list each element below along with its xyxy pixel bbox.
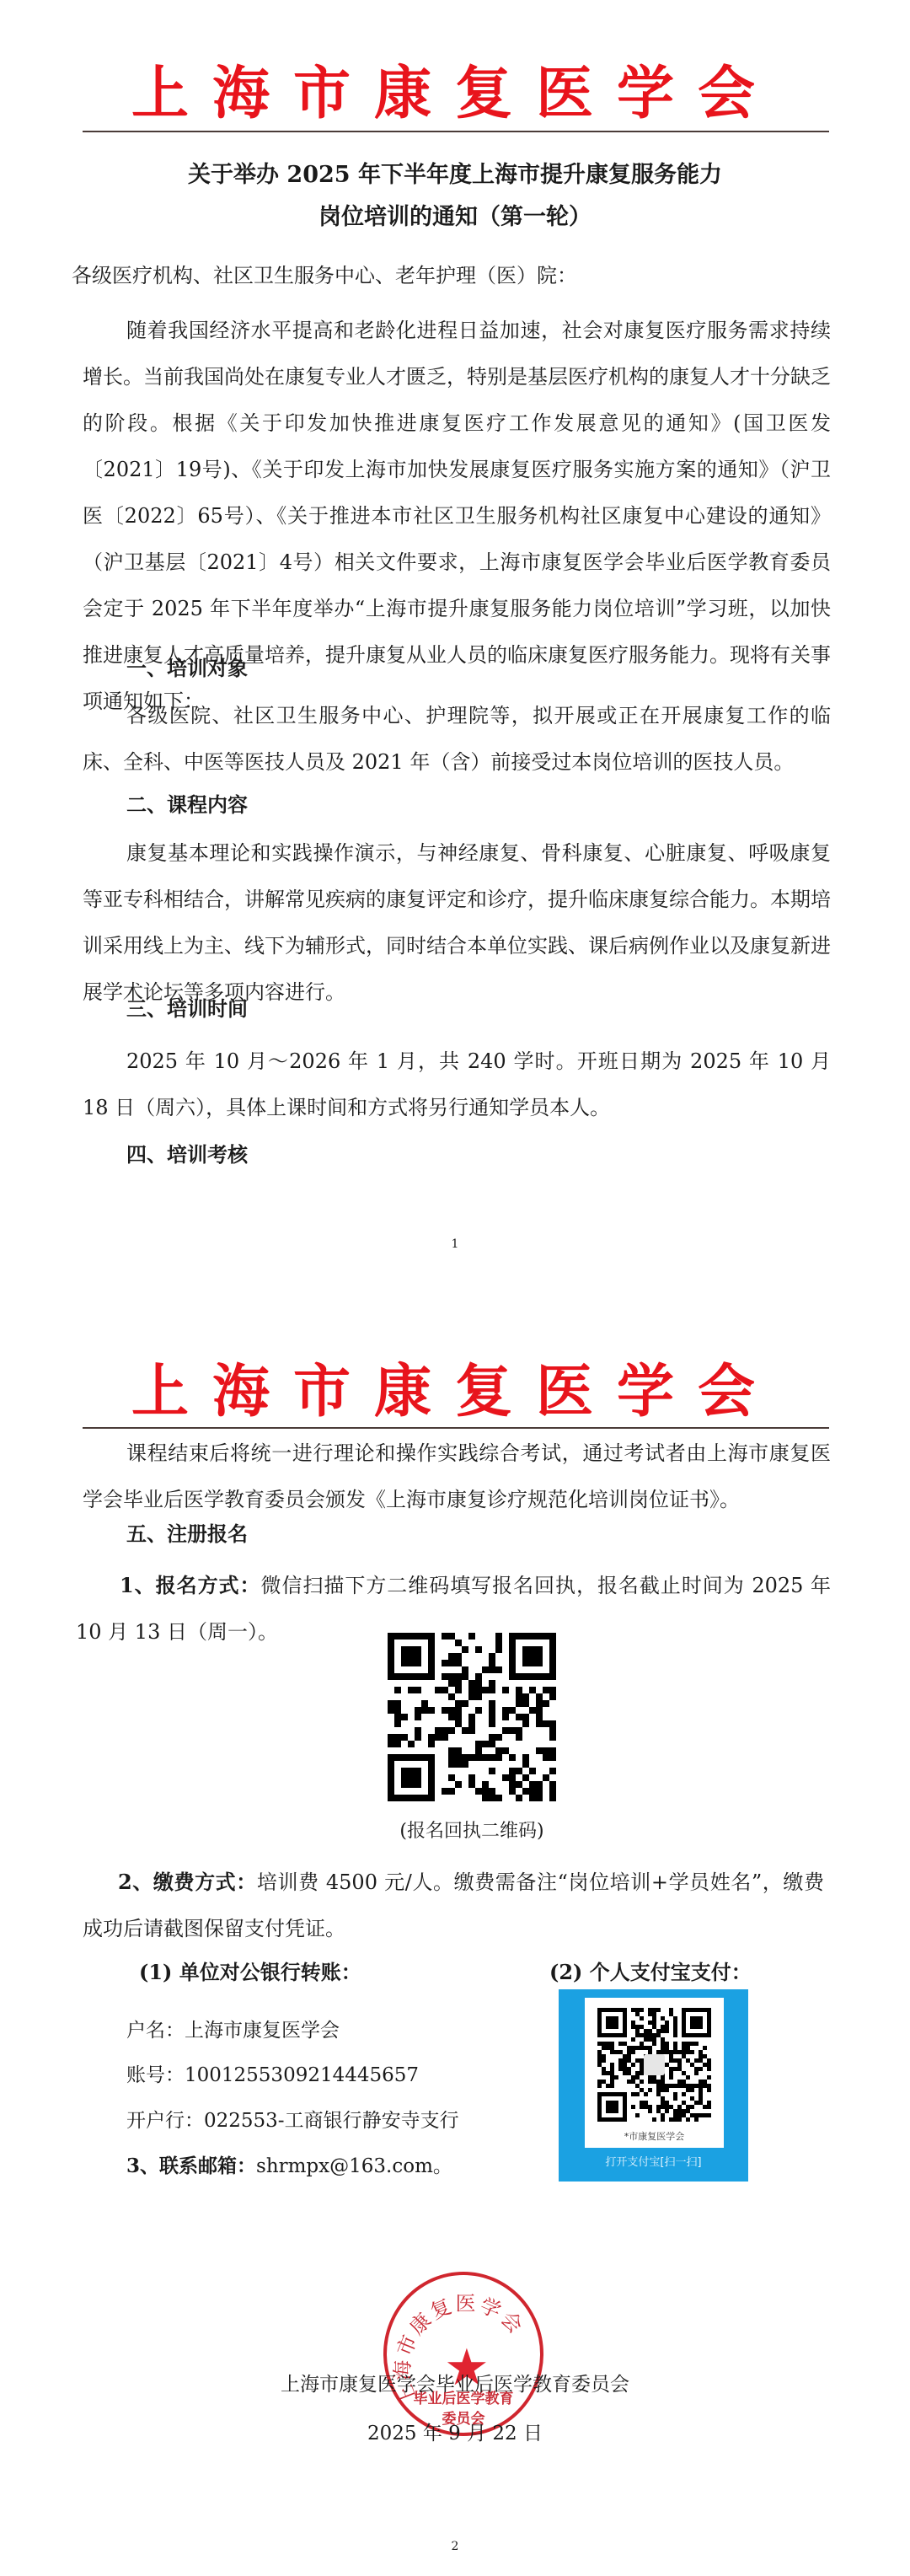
account-number-label: 账号： [126,2064,185,2086]
alipay-avatar-icon [644,2054,665,2075]
bank-account-name: 户名：上海市康复医学会 [126,2015,340,2042]
bank-branch-label: 开户行： [126,2110,204,2132]
alipay-payee-name: *市康复医学会 [585,2129,724,2143]
signature-date: 2025 年 9 月 22 日 [0,2418,910,2445]
alipay-qr-panel: *市康复医学会 [585,1998,724,2148]
qr-caption: (报名回执二维码) [337,1817,607,1843]
section-heading-content: 二、课程内容 [126,788,248,822]
contact-email-label: 3、联系邮箱： [126,2155,256,2177]
account-name-value: 上海市康复医学会 [185,2020,340,2042]
section-body-time: 2025 年 10 月～2026 年 1 月，共 240 学时。开班日期为 20… [83,1038,831,1131]
signature: 上海市康复医学会毕业后医学教育委员会 [0,2369,910,2396]
alipay-heading: (2) 个人支付宝支付： [549,1956,752,1985]
registration-method-label: 1、报名方式： [120,1573,260,1597]
contact-email: 3、联系邮箱：shrmpx@163.com。 [126,2150,452,2178]
section-heading-time: 三、培训时间 [126,992,248,1026]
page-number: 2 [0,2540,910,2553]
notice-title-line2: 岗位培训的通知（第一轮） [0,202,910,233]
bank-transfer-heading: (1) 单位对公银行转账： [139,1956,361,1985]
notice-title-line1: 关于举办 2025 年下半年度上海市提升康复服务能力 [0,160,910,191]
page-number: 1 [0,1237,910,1251]
contact-email-value[interactable]: shrmpx@163.com。 [256,2155,452,2177]
account-name-label: 户名： [126,2020,185,2042]
account-number-value[interactable]: 1001255309214445657 [185,2064,419,2086]
bank-branch-value: 022553-工商银行静安寺支行 [204,2110,459,2132]
masthead-rule [83,1427,829,1429]
section-body-target: 各级医院、社区卫生服务中心、护理院等，拟开展或正在开展康复工作的临床、全科、中医… [83,693,831,786]
alipay-scan-hint: 打开支付宝[扫一扫] [559,2153,748,2169]
alipay-qr-card[interactable]: *市康复医学会 打开支付宝[扫一扫] [559,1989,748,2182]
exam-paragraph: 课程结束后将统一进行理论和操作实践综合考试，通过考试者由上海市康复医学会毕业后医… [83,1430,831,1523]
salutation: 各级医疗机构、社区卫生服务中心、老年护理（医）院： [72,253,820,299]
bank-account-number: 账号：1001255309214445657 [126,2059,419,2087]
masthead-title: 上海市康复医学会 [0,1359,910,1426]
masthead-title: 上海市康复医学会 [0,61,910,128]
official-seal: 上海市康复医学会 ★ 毕业后医学教育 委员会 [383,2272,543,2436]
section-heading-registration: 五、注册报名 [126,1517,248,1551]
registration-qr-code[interactable] [388,1633,556,1801]
masthead-rule [83,131,829,132]
section-body-content: 康复基本理论和实践操作演示，与神经康复、骨科康复、心脏康复、呼吸康复等亚专科相结… [83,830,831,1016]
section-heading-assessment: 四、培训考核 [126,1138,248,1172]
payment-method: 2、缴费方式：培训费 4500 元/人。缴费需备注“岗位培训+学员姓名”，缴费成… [83,1859,824,1952]
payment-method-label: 2、缴费方式： [118,1870,257,1894]
bank-branch: 开户行：022553-工商银行静安寺支行 [126,2105,459,2133]
section-heading-target: 一、培训对象 [126,652,248,685]
